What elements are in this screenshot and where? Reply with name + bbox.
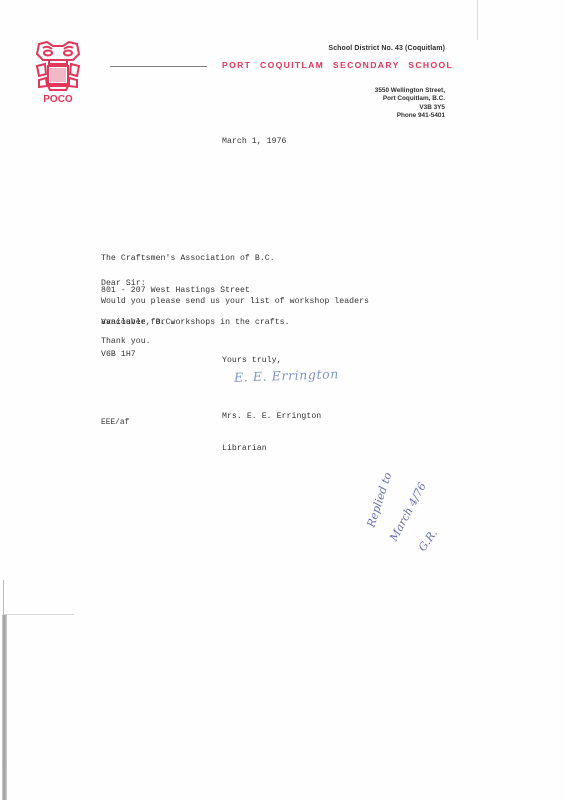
scan-artifact-top — [477, 0, 478, 40]
signer-title: Librarian — [222, 444, 321, 455]
thanks-line: Thank you. — [101, 337, 151, 348]
closing: Yours truly, — [222, 356, 282, 367]
recipient-line: The Craftsmen's Association of B.C. — [101, 254, 275, 265]
reference-initials: EEE/af — [101, 418, 129, 429]
address-line: Port Coquitlam, B.C. — [375, 95, 445, 103]
body-line: Would you please send us your list of wo… — [101, 297, 369, 308]
school-phone: Phone 941-5401 — [397, 112, 445, 119]
letter-date: March 1, 1976 — [222, 137, 287, 148]
signer-block: Mrs. E. E. Errington Librarian — [222, 391, 321, 476]
svg-text:Replied to: Replied to — [364, 470, 394, 529]
school-address: 3550 Wellington Street, Port Coquitlam, … — [375, 87, 445, 112]
salutation: Dear Sir: — [101, 279, 146, 290]
scan-artifact-tick — [4, 614, 74, 615]
address-line: V3B 3Y5 — [375, 104, 445, 112]
school-name: PORT COQUITLAM SECONDARY SCHOOL — [222, 60, 453, 70]
scan-artifact-edge-shadow — [2, 615, 7, 800]
svg-text:March 4/76: March 4/76 — [387, 480, 429, 544]
svg-text:POCO: POCO — [43, 94, 73, 105]
handwritten-reply-note: Replied to March 4/76 G.R. — [360, 470, 460, 570]
letter-page: POCO School District No. 43 (Coquitlam) … — [0, 0, 565, 800]
signer-name: Mrs. E. E. Errington — [222, 412, 321, 423]
totem-crest-icon: POCO — [33, 40, 83, 106]
address-line: 3550 Wellington Street, — [375, 87, 445, 95]
handwritten-signature: E. E. Errington — [234, 366, 339, 385]
district-name: School District No. 43 (Coquitlam) — [328, 45, 445, 52]
body-line: available for workshops in the crafts. — [101, 318, 290, 329]
letterhead-rule — [110, 66, 207, 67]
svg-text:G.R.: G.R. — [416, 527, 440, 554]
